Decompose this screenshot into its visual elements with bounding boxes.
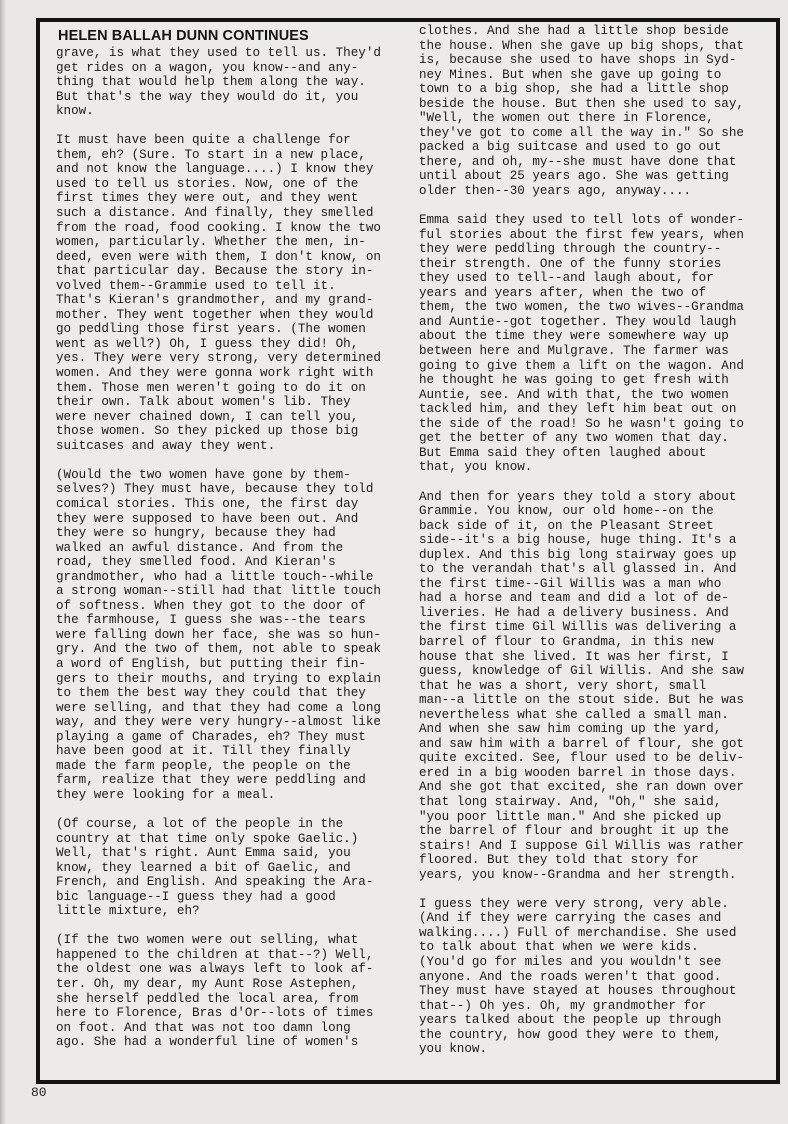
- text-line: the side of the road! So he wasn't going…: [419, 417, 744, 432]
- text-line: tackled him, and they left him beat out …: [419, 402, 744, 417]
- text-line: French, and English. And speaking the Ar…: [56, 875, 381, 890]
- article-heading: HELEN BALLAH DUNN CONTINUES: [58, 28, 309, 44]
- text-line: mother. They went together when they wou…: [56, 308, 381, 323]
- text-line: that--) Oh yes. Oh, my grandmother for: [419, 999, 744, 1014]
- text-line: and Auntie--got together. They would lau…: [419, 315, 744, 330]
- text-line: were never chained down, I can tell you,: [56, 410, 381, 425]
- text-line: women, particularly. Whether the men, in…: [56, 235, 381, 250]
- text-line: house that she lived. It was her first, …: [419, 650, 744, 665]
- text-line: happened to the children at that--?) Wel…: [56, 948, 381, 963]
- text-line: they used to tell--and laugh about, for: [419, 271, 744, 286]
- text-line: their own. Talk about women's lib. They: [56, 395, 381, 410]
- text-line: they were peddling through the country--: [419, 242, 744, 257]
- text-line: they were so hungry, because they had: [56, 526, 381, 541]
- text-line: gers to their mouths, and trying to expl…: [56, 672, 381, 687]
- text-line: and not know the language....) I know th…: [56, 162, 381, 177]
- text-line: first times they were out, and they went: [56, 191, 381, 206]
- text-line: comical stories. This one, the first day: [56, 497, 381, 512]
- text-line: thing that would help them along the way…: [56, 75, 381, 90]
- text-line: of softness. When they got to the door o…: [56, 599, 381, 614]
- text-line: But Emma said they often laughed about: [419, 446, 744, 461]
- text-line: Emma said they used to tell lots of wond…: [419, 213, 744, 228]
- text-line: deed, even were with them, I don't know,…: [56, 250, 381, 265]
- text-line: to talk about that when we were kids.: [419, 940, 744, 955]
- text-line: (Of course, a lot of the people in the: [56, 817, 381, 832]
- text-line: liveries. He had a delivery business. An…: [419, 606, 744, 621]
- page-binding-shadow: [0, 0, 6, 1124]
- text-line: Auntie, see. And with that, the two wome…: [419, 388, 744, 403]
- paragraph: Emma said they used to tell lots of wond…: [419, 213, 744, 475]
- text-line: the first time--Gil Willis was a man who: [419, 577, 744, 592]
- text-line: such a distance. And finally, they smell…: [56, 206, 381, 221]
- text-line: there, and oh, my--she must have done th…: [419, 155, 744, 170]
- text-line: have been good at it. Till they finally: [56, 744, 381, 759]
- text-line: playing a game of Charades, eh? They mus…: [56, 730, 381, 745]
- text-line: years talked about the people up through: [419, 1013, 744, 1028]
- text-line: ago. She had a wonderful line of women's: [56, 1035, 381, 1050]
- text-line: way, and they were very hungry--almost l…: [56, 715, 381, 730]
- text-line: those women. So they picked up those big: [56, 424, 381, 439]
- left-column: grave, is what they used to tell us. The…: [56, 46, 381, 1050]
- text-line: know.: [56, 104, 381, 119]
- text-line: them, the two women, the two wives--Gran…: [419, 300, 744, 315]
- text-line: I guess they were very strong, very able…: [419, 897, 744, 912]
- text-line: It must have been quite a challenge for: [56, 133, 381, 148]
- paragraph: grave, is what they used to tell us. The…: [56, 46, 381, 119]
- text-line: older then--30 years ago, anyway....: [419, 184, 744, 199]
- text-line: little mixture, eh?: [56, 904, 381, 919]
- paragraph: clothes. And she had a little shop besid…: [419, 24, 744, 199]
- text-line: the barrel of flour and brought it up th…: [419, 824, 744, 839]
- paragraph: I guess they were very strong, very able…: [419, 897, 744, 1057]
- paragraph: (If the two women were out selling, what…: [56, 933, 381, 1049]
- text-line: the first time Gil Willis was delivering…: [419, 620, 744, 635]
- text-line: yes. They were very strong, very determi…: [56, 351, 381, 366]
- text-line: years and years after, when the two of: [419, 286, 744, 301]
- text-line: a strong woman--still had that little to…: [56, 584, 381, 599]
- text-line: anyone. And the roads weren't that good.: [419, 970, 744, 985]
- text-line: bic language--I guess they had a good: [56, 890, 381, 905]
- text-line: ered in a big wooden barrel in those day…: [419, 766, 744, 781]
- text-line: beside the house. But then she used to s…: [419, 97, 744, 112]
- text-line: clothes. And she had a little shop besid…: [419, 24, 744, 39]
- text-line: made the farm people, the people on the: [56, 759, 381, 774]
- text-line: were selling, and that they had come a l…: [56, 701, 381, 716]
- text-line: and saw him with a barrel of flour, she …: [419, 737, 744, 752]
- text-line: Well, that's right. Aunt Emma said, you: [56, 846, 381, 861]
- text-line: get rides on a wagon, you know--and any-: [56, 61, 381, 76]
- text-line: road, they smelled food. And Kieran's: [56, 555, 381, 570]
- text-line: go peddling those first years. (The wome…: [56, 322, 381, 337]
- text-line: back side of it, on the Pleasant Street: [419, 519, 744, 534]
- text-line: the house. When she gave up big shops, t…: [419, 39, 744, 54]
- text-line: years, you know--Grandma and her strengt…: [419, 868, 744, 883]
- text-line: They must have stayed at houses througho…: [419, 984, 744, 999]
- text-line: on foot. And that was not too damn long: [56, 1021, 381, 1036]
- text-line: that long stairway. And, "Oh," she said,: [419, 795, 744, 810]
- text-line: ney Mines. But when she gave up going to: [419, 68, 744, 83]
- text-line: to them the best way they could that the…: [56, 686, 381, 701]
- text-line: barrel of flour to Grandma, in this new: [419, 635, 744, 650]
- text-line: them, eh? (Sure. To start in a new place…: [56, 148, 381, 163]
- text-line: ter. Oh, my dear, my Aunt Rose Astephen,: [56, 977, 381, 992]
- text-line: volved them--Grammie used to tell it.: [56, 279, 381, 294]
- text-line: town to a big shop, she had a little sho…: [419, 82, 744, 97]
- text-line: here to Florence, Bras d'Or--lots of tim…: [56, 1006, 381, 1021]
- text-line: their strength. One of the funny stories: [419, 257, 744, 272]
- text-line: selves?) They must have, because they to…: [56, 482, 381, 497]
- text-line: used to tell us stories. Now, one of the: [56, 177, 381, 192]
- text-line: walking....) Full of merchandise. She us…: [419, 926, 744, 941]
- text-line: that, you know.: [419, 460, 744, 475]
- text-line: the farmhouse, I guess she was--the tear…: [56, 613, 381, 628]
- text-line: from the road, food cooking. I know the …: [56, 221, 381, 236]
- text-line: went as well?) Oh, I guess they did! Oh,: [56, 337, 381, 352]
- text-line: the country, how good they were to them,: [419, 1028, 744, 1043]
- text-line: they were looking for a meal.: [56, 788, 381, 803]
- text-line: going to give them a lift on the wagon. …: [419, 359, 744, 374]
- text-line: you know.: [419, 1042, 744, 1057]
- text-line: that he was a short, very short, small: [419, 679, 744, 694]
- text-line: walked an awful distance. And from the: [56, 541, 381, 556]
- text-line: women. And they were gonna work right wi…: [56, 366, 381, 381]
- text-line: suitcases and away they went.: [56, 439, 381, 454]
- text-line: quite excited. See, flour used to be del…: [419, 751, 744, 766]
- text-line: side--it's a big house, huge thing. It's…: [419, 533, 744, 548]
- text-line: floored. But they told that story for: [419, 853, 744, 868]
- text-line: get the better of any two women that day…: [419, 431, 744, 446]
- text-line: (You'd go for miles and you wouldn't see: [419, 955, 744, 970]
- text-line: man--a little on the stout side. But he …: [419, 693, 744, 708]
- text-line: is, because she used to have shops in Sy…: [419, 53, 744, 68]
- text-line: duplex. And this big long stairway goes …: [419, 548, 744, 563]
- text-line: (And if they were carrying the cases and: [419, 911, 744, 926]
- paragraph: And then for years they told a story abo…: [419, 490, 744, 883]
- paragraph: (Would the two women have gone by them-s…: [56, 468, 381, 803]
- text-line: ful stories about the first few years, w…: [419, 228, 744, 243]
- page-number: 80: [31, 1085, 47, 1100]
- text-line: (Would the two women have gone by them-: [56, 468, 381, 483]
- text-line: had a horse and team and did a lot of de…: [419, 591, 744, 606]
- text-line: (If the two women were out selling, what: [56, 933, 381, 948]
- text-line: to the verandah that's all glassed in. A…: [419, 562, 744, 577]
- text-line: know, they learned a bit of Gaelic, and: [56, 861, 381, 876]
- text-line: packed a big suitcase and used to go out: [419, 140, 744, 155]
- text-line: "you poor little man." And she picked up: [419, 810, 744, 825]
- text-line: until about 25 years ago. She was gettin…: [419, 169, 744, 184]
- text-line: he thought he was going to get fresh wit…: [419, 373, 744, 388]
- text-line: And she got that excited, she ran down o…: [419, 780, 744, 795]
- text-line: the oldest one was always left to look a…: [56, 962, 381, 977]
- text-line: country at that time only spoke Gaelic.): [56, 832, 381, 847]
- text-line: between here and Mulgrave. The farmer wa…: [419, 344, 744, 359]
- text-line: that particular day. Because the story i…: [56, 264, 381, 279]
- article-frame: HELEN BALLAH DUNN CONTINUES grave, is wh…: [36, 18, 780, 1084]
- right-column: clothes. And she had a little shop besid…: [419, 24, 744, 1057]
- text-line: they were supposed to have been out. And: [56, 512, 381, 527]
- text-line: stairs! And I suppose Gil Willis was rat…: [419, 839, 744, 854]
- text-line: them. Those men weren't going to do it o…: [56, 381, 381, 396]
- text-line: gry. And the two of them, not able to sp…: [56, 642, 381, 657]
- paragraph: (Of course, a lot of the people in theco…: [56, 817, 381, 919]
- text-line: she herself peddled the local area, from: [56, 992, 381, 1007]
- text-line: grandmother, who had a little touch--whi…: [56, 570, 381, 585]
- text-line: "Well, the women out there in Florence,: [419, 111, 744, 126]
- text-line: guess, knowledge of Gil Willis. And she …: [419, 664, 744, 679]
- text-line: But that's the way they would do it, you: [56, 90, 381, 105]
- text-line: were falling down her face, she was so h…: [56, 628, 381, 643]
- text-line: farm, realize that they were peddling an…: [56, 773, 381, 788]
- text-line: they've got to come all the way in." So …: [419, 126, 744, 141]
- text-line: And when she saw him coming up the yard,: [419, 722, 744, 737]
- text-line: And then for years they told a story abo…: [419, 490, 744, 505]
- text-line: Grammie. You know, our old home--on the: [419, 504, 744, 519]
- paragraph: It must have been quite a challenge fort…: [56, 133, 381, 453]
- text-line: That's Kieran's grandmother, and my gran…: [56, 293, 381, 308]
- text-line: a word of English, but putting their fin…: [56, 657, 381, 672]
- text-line: grave, is what they used to tell us. The…: [56, 46, 381, 61]
- text-line: about the time they were somewhere way u…: [419, 329, 744, 344]
- text-line: nevertheless what she called a small man…: [419, 708, 744, 723]
